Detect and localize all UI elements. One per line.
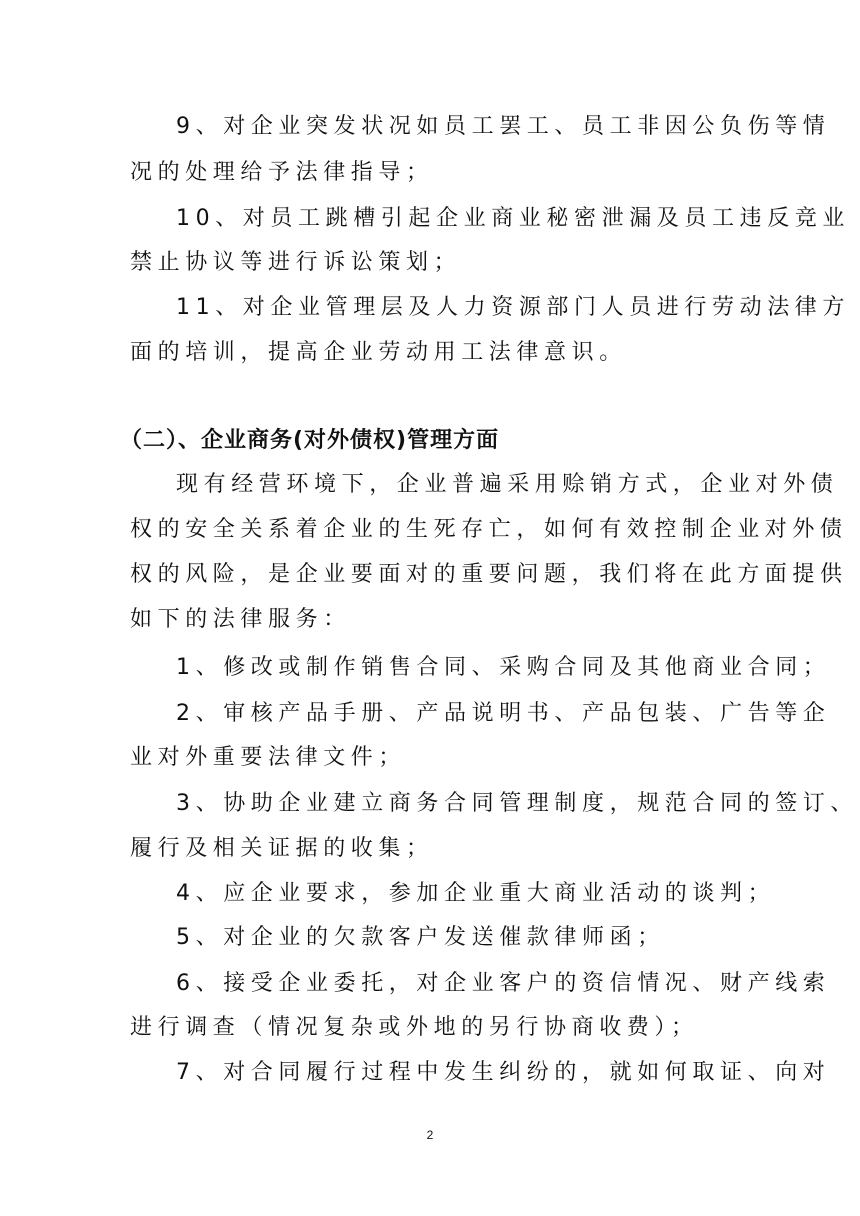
item-3-line-1: 3、协助企业建立商务合同管理制度，规范合同的签订、 [176, 789, 730, 819]
document-page: 9、对企业突发状况如员工罢工、员工非因公负伤等情 况的处理给予法律指导； 10、… [0, 0, 860, 1216]
paragraph-11-line-1: 11、对企业管理层及人力资源部门人员进行劳动法律方 [176, 293, 730, 323]
item-6-line-2: 进行调查（情况复杂或外地的另行协商收费）； [130, 1013, 730, 1043]
intro-line-3: 权的风险，是企业要面对的重要问题，我们将在此方面提供 [130, 560, 730, 590]
paragraph-11-line-2: 面的培训，提高企业劳动用工法律意识。 [130, 338, 730, 368]
item-7-line-1: 7、对合同履行过程中发生纠纷的，就如何取证、向对 [176, 1058, 730, 1088]
intro-line-2: 权的安全关系着企业的生死存亡，如何有效控制企业对外债 [130, 515, 730, 545]
paragraph-10-line-2: 禁止协议等进行诉讼策划； [130, 248, 730, 278]
page-number: 2 [0, 1128, 860, 1142]
item-5-line-1: 5、对企业的欠款客户发送催款律师函； [176, 923, 730, 953]
section-heading: （二）、企业商务(对外债权)管理方面 [120, 426, 720, 456]
intro-line-4: 如下的法律服务： [130, 605, 730, 635]
item-4-line-1: 4、应企业要求，参加企业重大商业活动的谈判； [176, 879, 730, 909]
intro-line-1: 现有经营环境下，企业普遍采用赊销方式，企业对外债 [176, 470, 730, 500]
paragraph-10-line-1: 10、对员工跳槽引起企业商业秘密泄漏及员工违反竞业 [176, 204, 730, 234]
item-1-line-1: 1、修改或制作销售合同、采购合同及其他商业合同； [176, 653, 730, 683]
item-3-line-2: 履行及相关证据的收集； [130, 834, 730, 864]
paragraph-9-line-1: 9、对企业突发状况如员工罢工、员工非因公负伤等情 [176, 112, 730, 142]
item-6-line-1: 6、接受企业委托，对企业客户的资信情况、财产线索 [176, 969, 730, 999]
item-2-line-1: 2、审核产品手册、产品说明书、产品包装、广告等企 [176, 699, 730, 729]
paragraph-9-line-2: 况的处理给予法律指导； [130, 158, 730, 188]
item-2-line-2: 业对外重要法律文件； [130, 743, 730, 773]
